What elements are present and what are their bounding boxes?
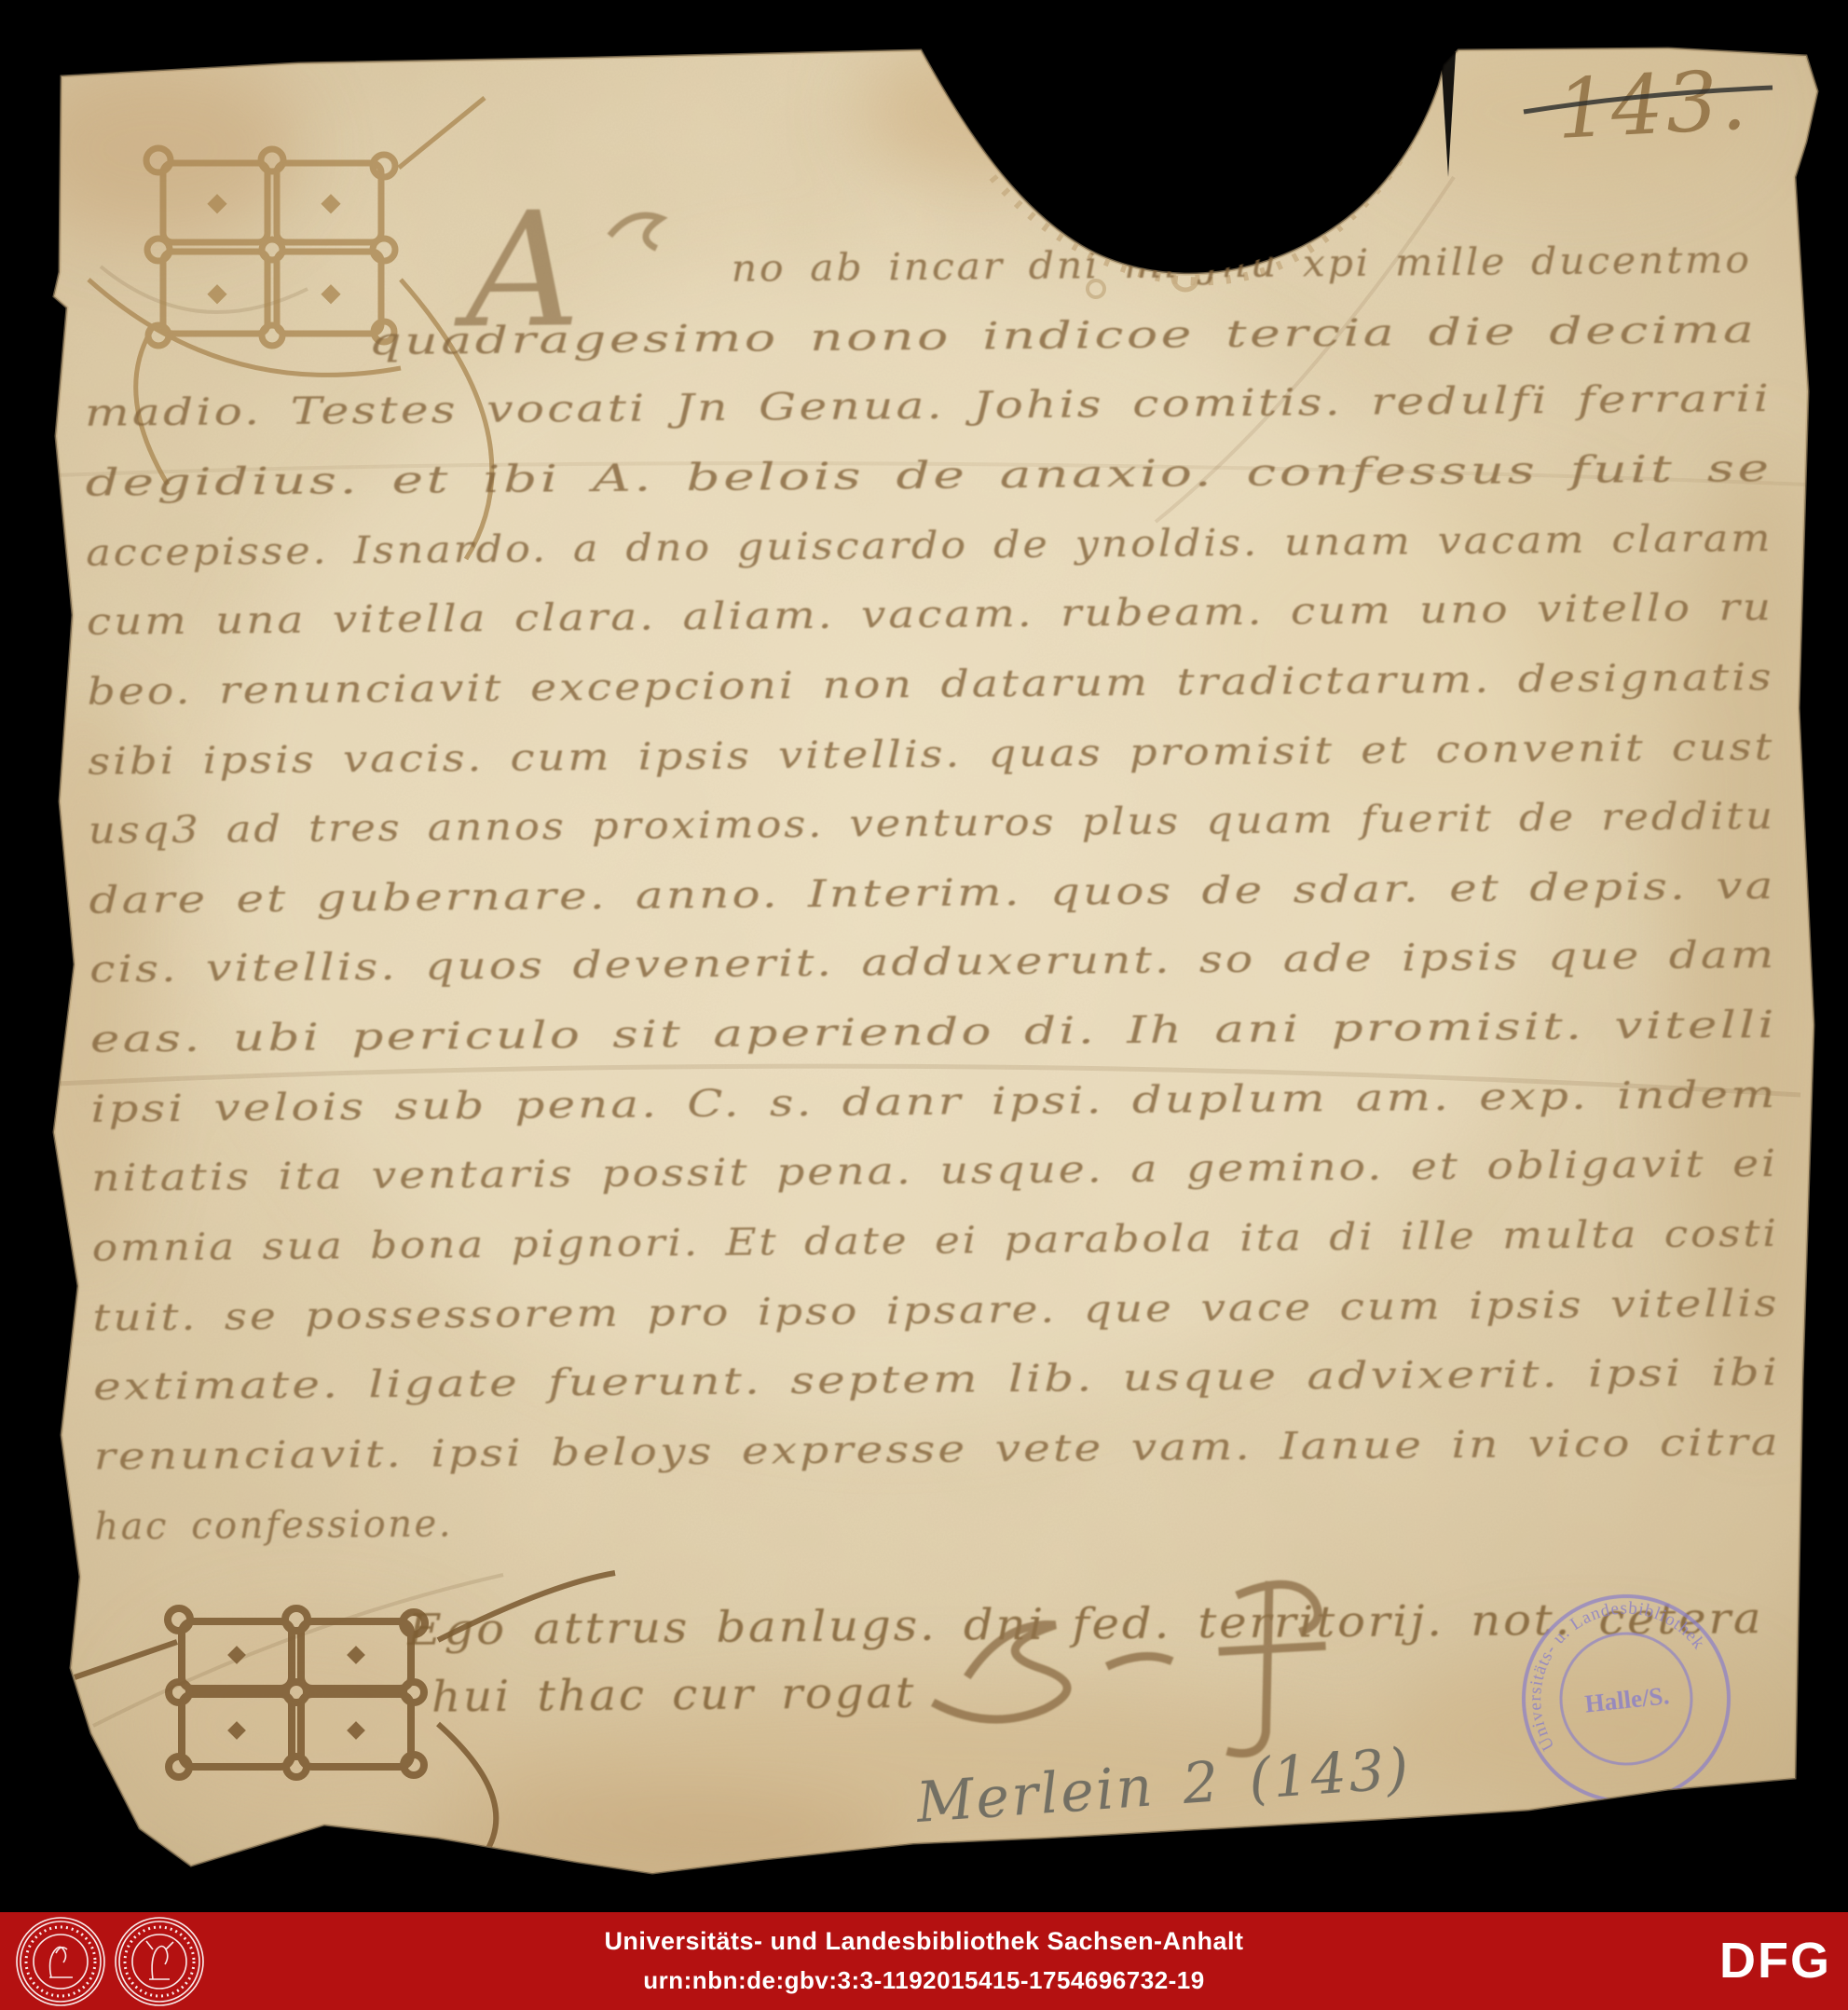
scan-stage: A no ab incar dni mi Jhu xpi mille ducen… xyxy=(0,0,1848,2010)
parchment-scan: A no ab incar dni mi Jhu xpi mille ducen… xyxy=(0,0,1848,2010)
notary-subscription-line: hui thac cur rogat xyxy=(431,1667,916,1722)
footer-text-block: Universitäts- und Landesbibliothek Sachs… xyxy=(0,1912,1848,2010)
manuscript-line: no ab incar dni mi Jhu xpi mille ducentm… xyxy=(731,239,1751,291)
dfg-footer-bar: Universitäts- und Landesbibliothek Sachs… xyxy=(0,1912,1848,2010)
dfg-logo: DFG xyxy=(1719,1931,1831,1989)
footer-urn: urn:nbn:de:gbv:3:3-1192015415-1754696732… xyxy=(643,1966,1204,1995)
archive-number-group: 143. xyxy=(1524,51,1773,157)
footer-institution: Universitäts- und Landesbibliothek Sachs… xyxy=(604,1927,1243,1956)
manuscript-line: hac confessione. xyxy=(94,1502,453,1548)
